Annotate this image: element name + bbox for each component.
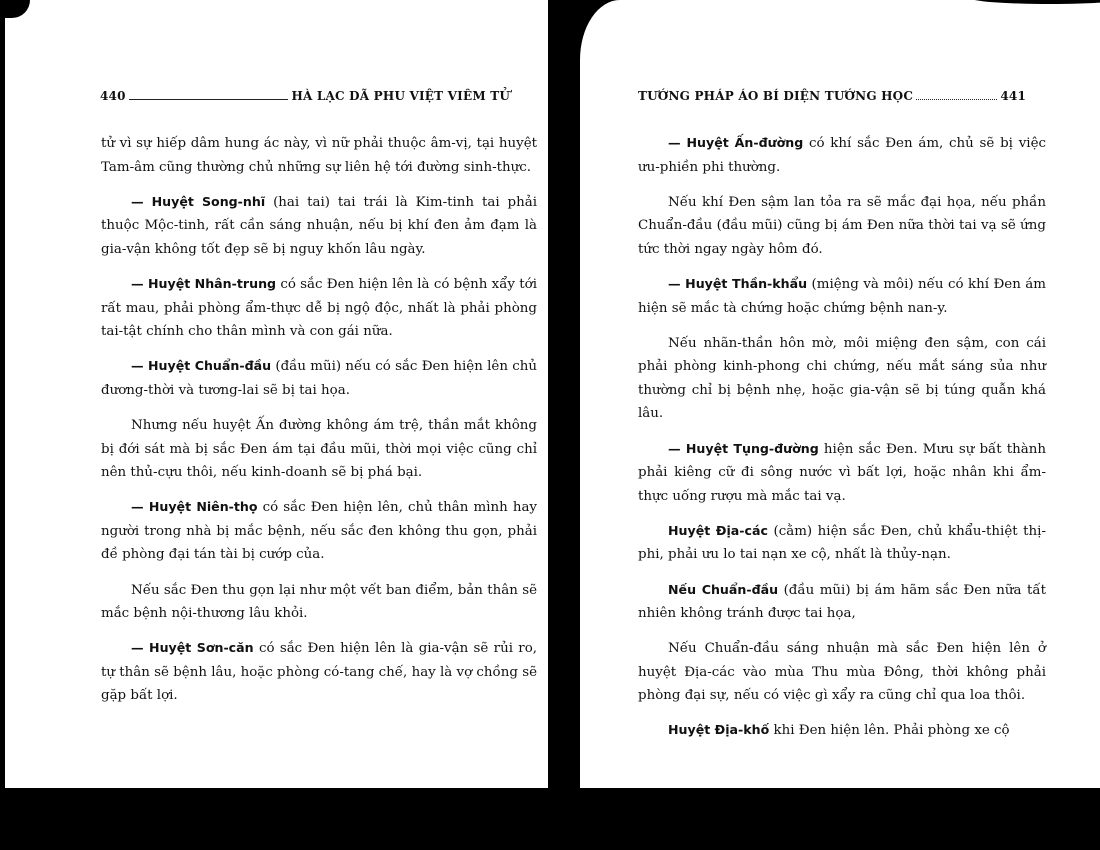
term: — Huyệt Sơn-căn — [131, 640, 254, 655]
paragraph: Nhưng nếu huyệt Ấn đường không ám trệ, t… — [101, 413, 537, 485]
term: — Huyệt Ấn-đường — [668, 135, 803, 150]
paragraph-text: tử vì sự hiếp dâm hung ác này, vì nữ phả… — [101, 136, 537, 175]
term: Huyệt Địa-khố — [668, 722, 769, 737]
right-page-body: — Huyệt Ấn-đường có khí sắc Đen ám, chủ … — [638, 131, 1046, 754]
paragraph: — Huyệt Thần-khẩu (miệng và môi) nếu có … — [638, 272, 1046, 320]
paragraph: — Huyệt Sơn-căn có sắc Đen hiện lên là g… — [101, 636, 537, 708]
paragraph: — Huyệt Chuẩn-đầu (đầu mũi) nếu có sắc Đ… — [101, 354, 537, 402]
paragraph: Nếu nhãn-thần hôn mờ, môi miệng đen sậm,… — [638, 331, 1046, 426]
term: — Huyệt Nhân-trung — [131, 276, 276, 291]
paragraph-text: Nhưng nếu huyệt Ấn đường không ám trệ, t… — [101, 418, 537, 480]
paragraph: — Huyệt Tụng-đường hiện sắc Đen. Mưu sự … — [638, 437, 1046, 509]
paragraph: — Huyệt Nhân-trung có sắc Đen hiện lên l… — [101, 272, 537, 344]
left-page: 440 HÀ LẠC DÃ PHU VIỆT VIÊM TỬ tử vì sự … — [5, 0, 548, 788]
right-page: TƯỚNG PHÁP ÁO BÍ DIỆN TƯỚNG HỌC 441 — Hu… — [580, 0, 1100, 788]
term: — Huyệt Niên-thọ — [131, 499, 258, 514]
paragraph: Huyệt Địa-các (cằm) hiện sắc Đen, chủ kh… — [638, 519, 1046, 567]
paragraph: — Huyệt Niên-thọ có sắc Đen hiện lên, ch… — [101, 495, 537, 567]
term: — Huyệt Thần-khẩu — [668, 276, 807, 291]
left-running-header: 440 HÀ LẠC DÃ PHU VIỆT VIÊM TỬ — [100, 89, 510, 103]
left-page-body: tử vì sự hiếp dâm hung ác này, vì nữ phả… — [101, 131, 537, 718]
paragraph-text: Nếu nhãn-thần hôn mờ, môi miệng đen sậm,… — [638, 336, 1046, 422]
paragraph-text: Nếu Chuẩn-đầu sáng nhuận mà sắc Đen hiện… — [638, 641, 1046, 703]
header-rule — [916, 90, 997, 100]
paragraph: Huyệt Địa-khố khi Đen hiện lên. Phải phò… — [638, 718, 1046, 743]
paragraph: — Huyệt Ấn-đường có khí sắc Đen ám, chủ … — [638, 131, 1046, 179]
paragraph-text: Nếu sắc Đen thu gọn lại như một vết ban … — [101, 583, 537, 622]
running-head-title: TƯỚNG PHÁP ÁO BÍ DIỆN TƯỚNG HỌC — [638, 89, 913, 103]
page-number: 441 — [1000, 89, 1026, 103]
paragraph: Nếu khí Đen sậm lan tỏa ra sẽ mắc đại họ… — [638, 190, 1046, 262]
paragraph: tử vì sự hiếp dâm hung ác này, vì nữ phả… — [101, 131, 537, 179]
paragraph: Nếu Chuẩn-đầu (đầu mũi) bị ám hãm sắc Đe… — [638, 578, 1046, 626]
term: — Huyệt Tụng-đường — [668, 441, 819, 456]
running-head-title: HÀ LẠC DÃ PHU VIỆT VIÊM TỬ — [291, 89, 510, 103]
book-gutter — [546, 0, 582, 790]
term: Huyệt Địa-các — [668, 523, 768, 538]
paragraph: Nếu sắc Đen thu gọn lại như một vết ban … — [101, 578, 537, 626]
term: — Huyệt Chuẩn-đầu — [131, 358, 271, 373]
header-rule — [129, 90, 289, 100]
term: Nếu Chuẩn-đầu — [668, 582, 778, 597]
paragraph: — Huyệt Song-nhĩ (hai tai) tai trái là K… — [101, 190, 537, 262]
term: — Huyệt Song-nhĩ — [131, 194, 265, 209]
paragraph-text: Nếu khí Đen sậm lan tỏa ra sẽ mắc đại họ… — [638, 195, 1046, 257]
right-running-header: TƯỚNG PHÁP ÁO BÍ DIỆN TƯỚNG HỌC 441 — [638, 89, 1026, 103]
paragraph-text: khi Đen hiện lên. Phải phòng xe cộ — [769, 723, 1009, 738]
paragraph: Nếu Chuẩn-đầu sáng nhuận mà sắc Đen hiện… — [638, 636, 1046, 708]
page-number: 440 — [100, 89, 126, 103]
